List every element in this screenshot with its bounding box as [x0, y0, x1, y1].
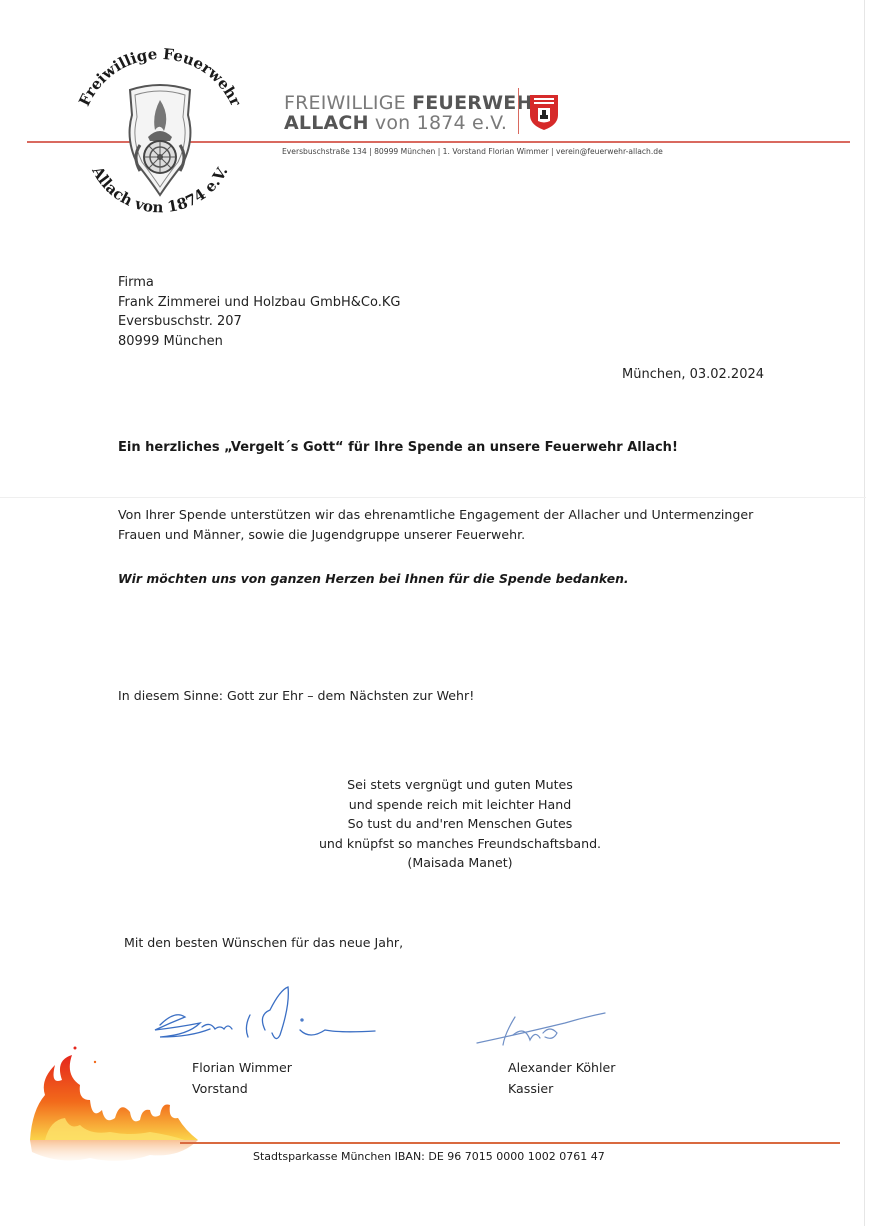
- poem-line: Sei stets vergnügt und guten Mutes: [280, 775, 640, 795]
- poem-line: und knüpfst so manches Freundschaftsband…: [280, 834, 640, 854]
- signature-alexander-koehler-icon: [475, 1005, 615, 1050]
- footer-rule: [180, 1142, 840, 1144]
- recipient-line: Eversbuschstr. 207: [118, 312, 400, 332]
- thanks-statement: Wir möchten uns von ganzen Herzen bei Ih…: [118, 571, 629, 586]
- org-founded-light: von 1874 e.V.: [369, 112, 508, 134]
- body-paragraph: Von Ihrer Spende unterstützen wir das eh…: [118, 505, 818, 544]
- poem: Sei stets vergnügt und guten Mutes und s…: [280, 775, 640, 873]
- letter-subject: Ein herzliches „Vergelt´s Gott“ für Ihre…: [118, 440, 678, 455]
- poem-line: und spende reich mit leichter Hand: [280, 795, 640, 815]
- contact-line: Eversbuschstraße 134 | 80999 München | 1…: [282, 147, 663, 156]
- body-line: Von Ihrer Spende unterstützen wir das eh…: [118, 505, 818, 525]
- fire-brigade-emblem-icon: Freiwillige Feuerwehr Allach von 1874 e.…: [60, 45, 260, 230]
- munich-crest-icon: [528, 93, 560, 131]
- signatory-role: Vorstand: [192, 1078, 292, 1099]
- organization-name: FREIWILLIGE FEUERWEHR ALLACH von 1874 e.…: [284, 93, 547, 133]
- signatory-role: Kassier: [508, 1078, 615, 1099]
- signatory-1: Florian Wimmer Vorstand: [192, 1057, 292, 1099]
- signatory-name: Florian Wimmer: [192, 1057, 292, 1078]
- org-location-bold: ALLACH: [284, 112, 369, 134]
- closing-line: Mit den besten Wünschen für das neue Jah…: [124, 935, 403, 950]
- recipient-address: Firma Frank Zimmerei und Holzbau GmbH&Co…: [118, 273, 400, 351]
- scan-seam: [0, 497, 866, 498]
- header-divider: [518, 88, 519, 134]
- poem-line: So tust du and'ren Menschen Gutes: [280, 814, 640, 834]
- org-name-light: FREIWILLIGE: [284, 92, 412, 114]
- bank-details: Stadtsparkasse München IBAN: DE 96 7015 …: [253, 1150, 605, 1163]
- motto-line: In diesem Sinne: Gott zur Ehr – dem Näch…: [118, 688, 474, 703]
- poem-author: (Maisada Manet): [280, 853, 640, 873]
- date-line: München, 03.02.2024: [622, 367, 764, 382]
- body-line: Frauen und Männer, sowie die Jugendgrupp…: [118, 525, 818, 545]
- signatory-2: Alexander Köhler Kassier: [508, 1057, 615, 1099]
- recipient-line: Firma: [118, 273, 400, 293]
- recipient-line: 80999 München: [118, 332, 400, 352]
- signatory-name: Alexander Köhler: [508, 1057, 615, 1078]
- flames-icon: [20, 1040, 200, 1170]
- recipient-line: Frank Zimmerei und Holzbau GmbH&Co.KG: [118, 293, 400, 313]
- page-edge: [864, 0, 865, 1226]
